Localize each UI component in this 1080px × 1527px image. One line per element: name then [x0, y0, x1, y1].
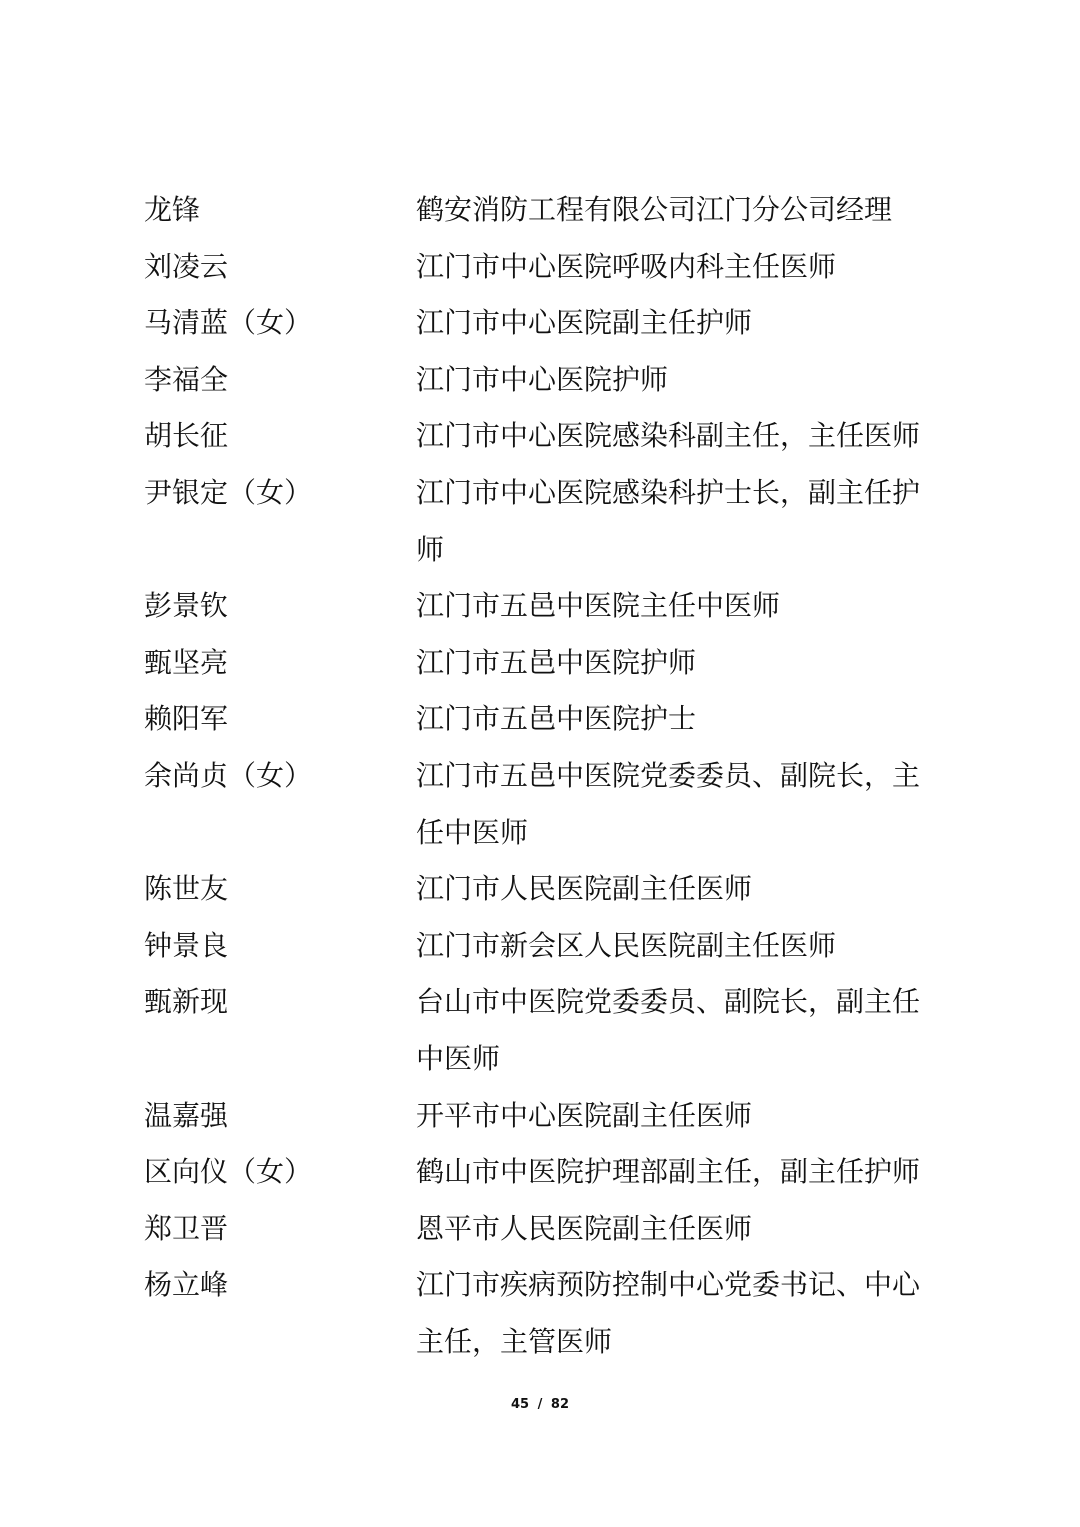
list-item: 杨立峰 江门市疾病预防控制中心党委书记、中心 主任，主管医师	[144, 1257, 944, 1370]
title-line: 台山市中医院党委委员、副院长，副主任	[416, 974, 944, 1031]
person-name: 甄新现	[144, 974, 416, 1031]
person-title: 江门市中心医院副主任护师	[416, 295, 944, 352]
list-item: 甄新现 台山市中医院党委委员、副院长，副主任 中医师	[144, 974, 944, 1087]
person-name: 钟景良	[144, 918, 416, 975]
title-line: 江门市人民医院副主任医师	[416, 861, 944, 918]
person-name: 马清蓝（女）	[144, 295, 416, 352]
person-name: 区向仪（女）	[144, 1144, 416, 1201]
title-line: 主任，主管医师	[416, 1314, 944, 1371]
title-line: 中医师	[416, 1031, 944, 1088]
title-line: 师	[416, 522, 944, 579]
person-title: 开平市中心医院副主任医师	[416, 1088, 944, 1145]
title-line: 江门市中心医院护师	[416, 352, 944, 409]
person-title: 鹤山市中医院护理部副主任，副主任护师	[416, 1144, 944, 1201]
person-title: 江门市五邑中医院护师	[416, 635, 944, 692]
person-title: 江门市中心医院感染科副主任，主任医师	[416, 408, 944, 465]
person-title: 江门市五邑中医院护士	[416, 691, 944, 748]
person-name: 龙锋	[144, 182, 416, 239]
person-title: 台山市中医院党委委员、副院长，副主任 中医师	[416, 974, 944, 1087]
title-line: 江门市五邑中医院护士	[416, 691, 944, 748]
title-line: 江门市五邑中医院主任中医师	[416, 578, 944, 635]
list-item: 陈世友 江门市人民医院副主任医师	[144, 861, 944, 918]
person-name: 陈世友	[144, 861, 416, 918]
list-item: 钟景良 江门市新会区人民医院副主任医师	[144, 918, 944, 975]
page-separator: /	[538, 1397, 543, 1412]
title-line: 江门市五邑中医院护师	[416, 635, 944, 692]
person-title: 江门市五邑中医院主任中医师	[416, 578, 944, 635]
person-title: 江门市中心医院感染科护士长，副主任护 师	[416, 465, 944, 578]
title-line: 江门市中心医院副主任护师	[416, 295, 944, 352]
title-line: 江门市中心医院感染科副主任，主任医师	[416, 408, 944, 465]
page-number: 45 / 82	[0, 1397, 1080, 1412]
person-title: 恩平市人民医院副主任医师	[416, 1201, 944, 1258]
list-item: 胡长征 江门市中心医院感染科副主任，主任医师	[144, 408, 944, 465]
person-title: 江门市中心医院呼吸内科主任医师	[416, 239, 944, 296]
person-name: 余尚贞（女）	[144, 748, 416, 805]
person-title: 江门市人民医院副主任医师	[416, 861, 944, 918]
list-item: 赖阳军 江门市五邑中医院护士	[144, 691, 944, 748]
person-name: 彭景钦	[144, 578, 416, 635]
list-item: 李福全 江门市中心医院护师	[144, 352, 944, 409]
person-name: 甄坚亮	[144, 635, 416, 692]
list-item: 龙锋 鹤安消防工程有限公司江门分公司经理	[144, 182, 944, 239]
page-total: 82	[551, 1397, 569, 1412]
person-title: 江门市疾病预防控制中心党委书记、中心 主任，主管医师	[416, 1257, 944, 1370]
person-name: 温嘉强	[144, 1088, 416, 1145]
list-item: 郑卫晋 恩平市人民医院副主任医师	[144, 1201, 944, 1258]
title-line: 江门市疾病预防控制中心党委书记、中心	[416, 1257, 944, 1314]
page-current: 45	[511, 1397, 529, 1412]
title-line: 开平市中心医院副主任医师	[416, 1088, 944, 1145]
person-name: 赖阳军	[144, 691, 416, 748]
person-name: 尹银定（女）	[144, 465, 416, 522]
person-title: 江门市五邑中医院党委委员、副院长，主 任中医师	[416, 748, 944, 861]
title-line: 鹤安消防工程有限公司江门分公司经理	[416, 182, 944, 239]
person-name: 李福全	[144, 352, 416, 409]
title-line: 江门市五邑中医院党委委员、副院长，主	[416, 748, 944, 805]
person-title: 鹤安消防工程有限公司江门分公司经理	[416, 182, 944, 239]
person-name: 刘凌云	[144, 239, 416, 296]
person-name: 郑卫晋	[144, 1201, 416, 1258]
list-item: 区向仪（女） 鹤山市中医院护理部副主任，副主任护师	[144, 1144, 944, 1201]
list-item: 温嘉强 开平市中心医院副主任医师	[144, 1088, 944, 1145]
list-item: 尹银定（女） 江门市中心医院感染科护士长，副主任护 师	[144, 465, 944, 578]
list-item: 余尚贞（女） 江门市五邑中医院党委委员、副院长，主 任中医师	[144, 748, 944, 861]
person-title: 江门市新会区人民医院副主任医师	[416, 918, 944, 975]
title-line: 鹤山市中医院护理部副主任，副主任护师	[416, 1144, 944, 1201]
document-page: 龙锋 鹤安消防工程有限公司江门分公司经理 刘凌云 江门市中心医院呼吸内科主任医师…	[0, 0, 1080, 1527]
title-line: 江门市中心医院呼吸内科主任医师	[416, 239, 944, 296]
personnel-list: 龙锋 鹤安消防工程有限公司江门分公司经理 刘凌云 江门市中心医院呼吸内科主任医师…	[144, 182, 944, 1370]
list-item: 马清蓝（女） 江门市中心医院副主任护师	[144, 295, 944, 352]
list-item: 彭景钦 江门市五邑中医院主任中医师	[144, 578, 944, 635]
person-name: 杨立峰	[144, 1257, 416, 1314]
list-item: 刘凌云 江门市中心医院呼吸内科主任医师	[144, 239, 944, 296]
title-line: 恩平市人民医院副主任医师	[416, 1201, 944, 1258]
person-name: 胡长征	[144, 408, 416, 465]
person-title: 江门市中心医院护师	[416, 352, 944, 409]
title-line: 江门市中心医院感染科护士长，副主任护	[416, 465, 944, 522]
title-line: 任中医师	[416, 805, 944, 862]
list-item: 甄坚亮 江门市五邑中医院护师	[144, 635, 944, 692]
title-line: 江门市新会区人民医院副主任医师	[416, 918, 944, 975]
